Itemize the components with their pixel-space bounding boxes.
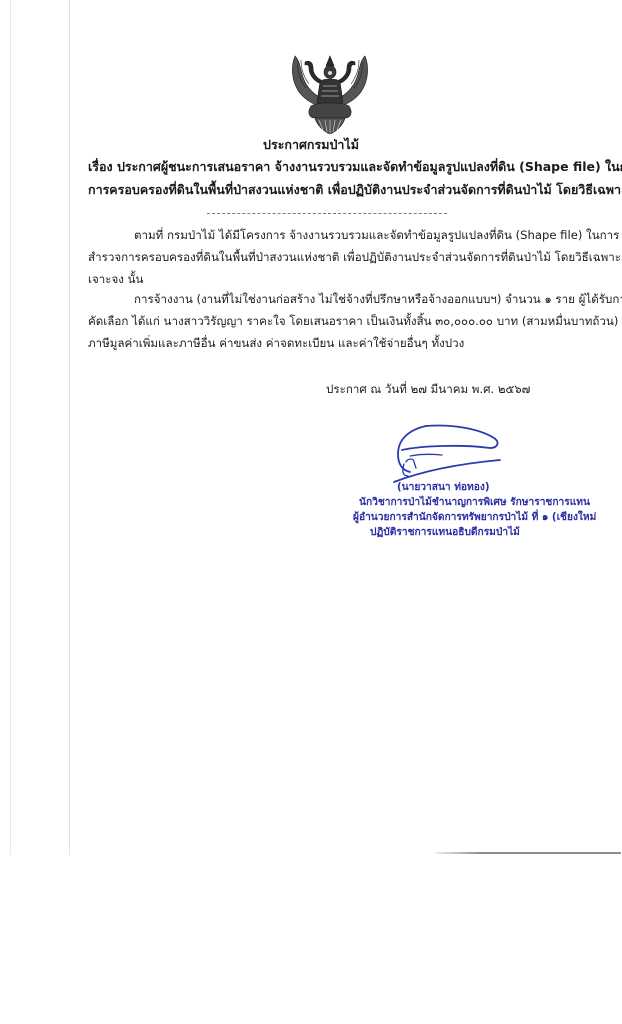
separator-line [207, 213, 447, 214]
paragraph-line: สำรวจการครอบครองที่ดินในพื้นที่ป่าสงวนแห… [88, 246, 588, 268]
signatory-name: (นายวาสนา ท่อทอง) [397, 480, 622, 495]
handwritten-signature-icon [390, 424, 530, 488]
signatory-position: นักวิชาการป่าไม้ชำนาญการพิเศษ รักษาราชกา… [359, 495, 622, 510]
signatory-block: (นายวาสนา ท่อทอง) นักวิชาการป่าไม้ชำนาญก… [300, 480, 590, 540]
paragraph-award: การจ้างงาน (งานที่ไม่ใช่งานก่อสร้าง ไม่ใ… [88, 288, 588, 354]
paragraph-line: ตามที่ กรมป่าไม้ ได้มีโครงการ จ้างงานรวบ… [88, 224, 588, 246]
announcement-date: ประกาศ ณ วันที่ ๒๗ มีนาคม พ.ศ. ๒๕๖๗ [326, 381, 530, 399]
scan-artifact-line [10, 0, 11, 855]
signatory-position: ผู้อำนวยการสำนักจัดการทรัพยากรป่าไม้ ที่… [353, 510, 622, 525]
paragraph-project: ตามที่ กรมป่าไม้ ได้มีโครงการ จ้างงานรวบ… [88, 224, 588, 290]
scan-artifact-line [69, 0, 70, 855]
signatory-position: ปฏิบัติราชการแทนอธิบดีกรมป่าไม้ [370, 525, 622, 540]
paragraph-line: การจ้างงาน (งานที่ไม่ใช่งานก่อสร้าง ไม่ใ… [88, 288, 588, 310]
scan-artifact-line [435, 852, 621, 854]
paragraph-line: คัดเลือก ได้แก่ นางสาววิรัญญา ราคะใจ โดย… [88, 310, 588, 332]
garuda-emblem-icon [289, 52, 371, 136]
subject-line: เรื่อง ประกาศผู้ชนะการเสนอราคา จ้างงานรว… [88, 155, 578, 178]
paragraph-line: ภาษีมูลค่าเพิ่มและภาษีอื่น ค่าขนส่ง ค่าจ… [88, 332, 588, 354]
subject-heading: เรื่อง ประกาศผู้ชนะการเสนอราคา จ้างงานรว… [88, 155, 578, 201]
paragraph-line: เจาะจง นั้น [88, 268, 588, 290]
subject-line: การครอบครองที่ดินในพื้นที่ป่าสงวนแห่งชาต… [88, 178, 578, 201]
agency-heading: ประกาศกรมป่าไม้ [0, 137, 622, 153]
